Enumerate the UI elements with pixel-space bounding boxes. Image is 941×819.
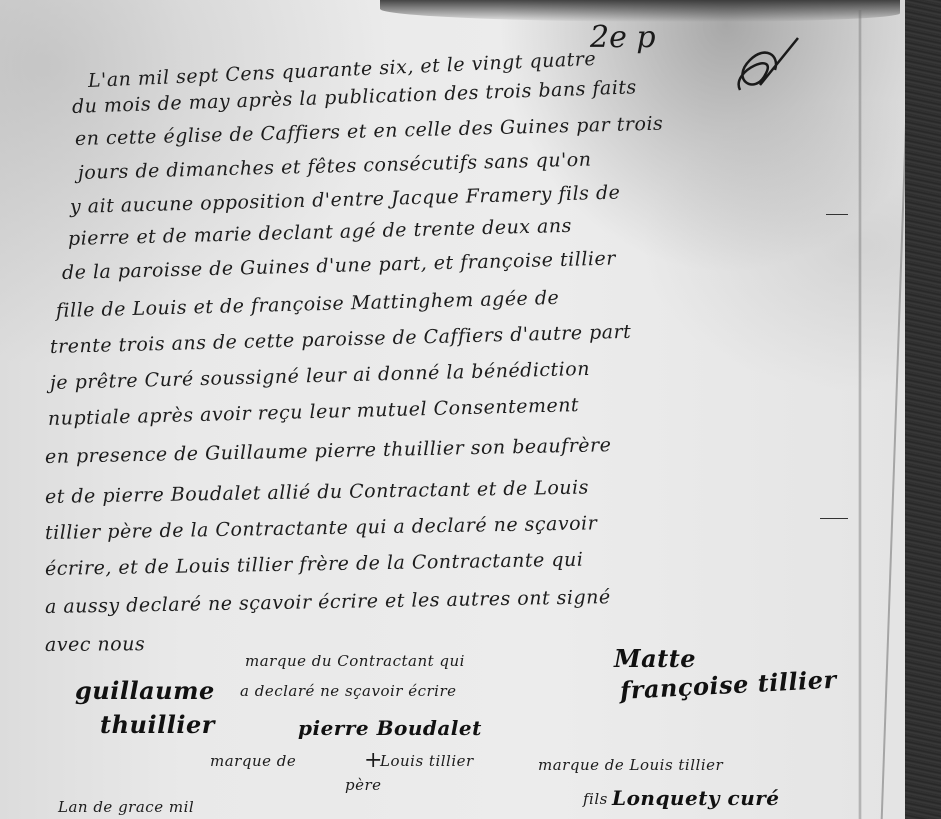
body-line-3: en cette église de Caffiers et en celle … [75,113,664,150]
body-line-13: et de pierre Boudalet allié du Contracta… [45,477,589,508]
body-line-10: je prêtre Curé soussigné leur ai donné l… [50,358,590,394]
book-binding-edge [905,0,941,819]
folio-mark: 2e p [590,20,656,55]
line-filler-dash [826,214,848,215]
annotation-louis-tillier: Louis tillier [380,752,474,770]
signature-thuillier: thuillier [100,710,215,739]
body-line-8: fille de Louis et de françoise Mattinghe… [56,287,560,322]
body-line-17: avec nous [45,633,145,656]
body-line-15: écrire, et de Louis tillier frère de la … [45,549,584,580]
signature-matte: Matte [614,644,696,673]
body-line-14: tillier père de la Contractante qui a de… [45,512,598,544]
signature-pierre-boudalet: pierre Boudalet [298,716,482,740]
body-line-7: de la paroisse de Guines d'une part, et … [62,248,616,284]
annotation-marque-de: marque de [210,752,296,770]
body-line-11: nuptiale après avoir reçu leur mutuel Co… [48,394,580,430]
body-line-4: jours de dimanches et fêtes consécutifs … [78,149,592,184]
body-line-16: a aussy declaré ne sçavoir écrire et les… [45,586,611,618]
signature-guillaume: guillaume [75,676,215,705]
annotation-marque-louis-tillier-fils: marque de Louis tillier [538,756,723,774]
line-filler-dash [820,518,848,519]
body-line-6: pierre et de marie declant agé de trente… [68,215,572,250]
body-line-9: trente trois ans de cette paroisse de Ca… [50,321,632,358]
body-line-5: y ait aucune opposition d'entre Jacque F… [70,182,621,218]
page-top-shadow [380,0,900,22]
document-page: 2e p L'an mil sept Cens quarante six, et… [0,0,908,819]
annotation-declare: a declaré ne sçavoir écrire [240,682,457,700]
next-entry-fragment: Lan de grace mil [58,798,194,816]
paraph-flourish-icon [720,30,800,100]
page-fold-line [858,10,862,819]
signature-cure: Lonquety curé [612,786,780,810]
body-line-12: en presence de Guillaume pierre thuillie… [45,434,612,468]
annotation-marque-contractant: marque du Contractant qui [245,652,465,670]
annotation-fils: fils [583,790,608,808]
annotation-pere: père [345,776,382,794]
